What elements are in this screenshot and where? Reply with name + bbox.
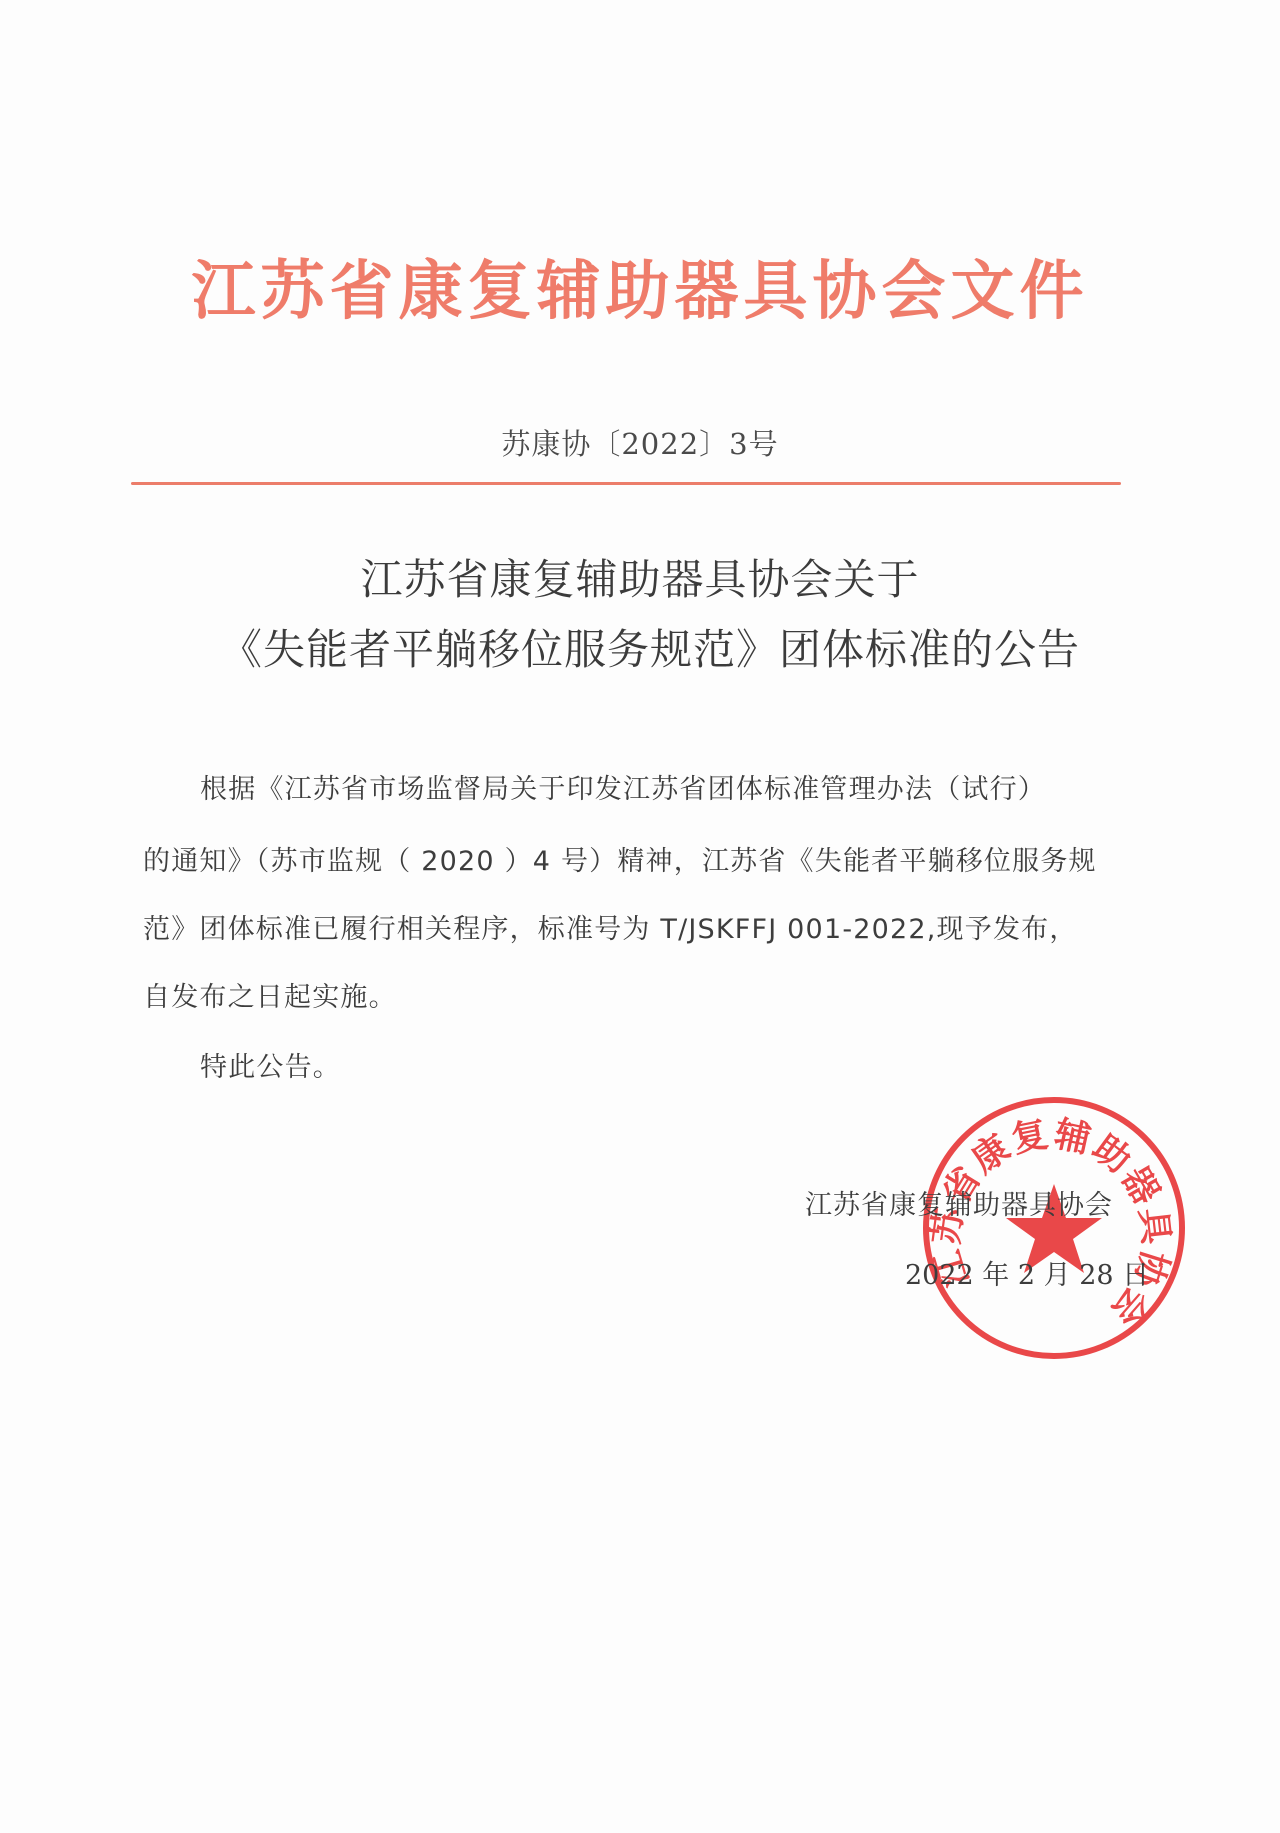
document-title-line-2: 《失能者平躺移位服务规范》团体标准的公告 <box>10 622 1280 678</box>
closing-statement: 特此公告。 <box>200 1048 341 1088</box>
document-number: 苏康协〔2022〕3号 <box>0 424 1280 464</box>
issuer-banner: 江苏省康复辅助器具协会文件 <box>0 252 1280 332</box>
document-title-line-1: 江苏省康复辅助器具协会关于 <box>0 552 1280 608</box>
document-page: 江苏省康复辅助器具协会文件 苏康协〔2022〕3号 江苏省康复辅助器具协会关于 … <box>0 0 1280 1833</box>
body-paragraph-line: 范》团体标准已履行相关程序，标准号为 T/JSKFFJ 001-2022,现予发… <box>143 910 1078 950</box>
official-seal-stamp: 江苏省康复辅助器具协会 <box>918 1092 1190 1364</box>
body-paragraph-line: 自发布之日起实施。 <box>143 978 397 1018</box>
signature-organization: 江苏省康复辅助器具协会 <box>805 1186 1113 1226</box>
body-paragraph-line: 的通知》（苏市监规（ 2020 ）4 号）精神，江苏省《失能者平躺移位服务规 <box>143 842 1097 882</box>
red-divider-rule <box>131 482 1121 485</box>
body-paragraph-line: 根据《江苏省市场监督局关于印发江苏省团体标准管理办法（试行） <box>200 770 1046 810</box>
signature-date: 2022 年 2 月 28 日 <box>905 1256 1149 1296</box>
